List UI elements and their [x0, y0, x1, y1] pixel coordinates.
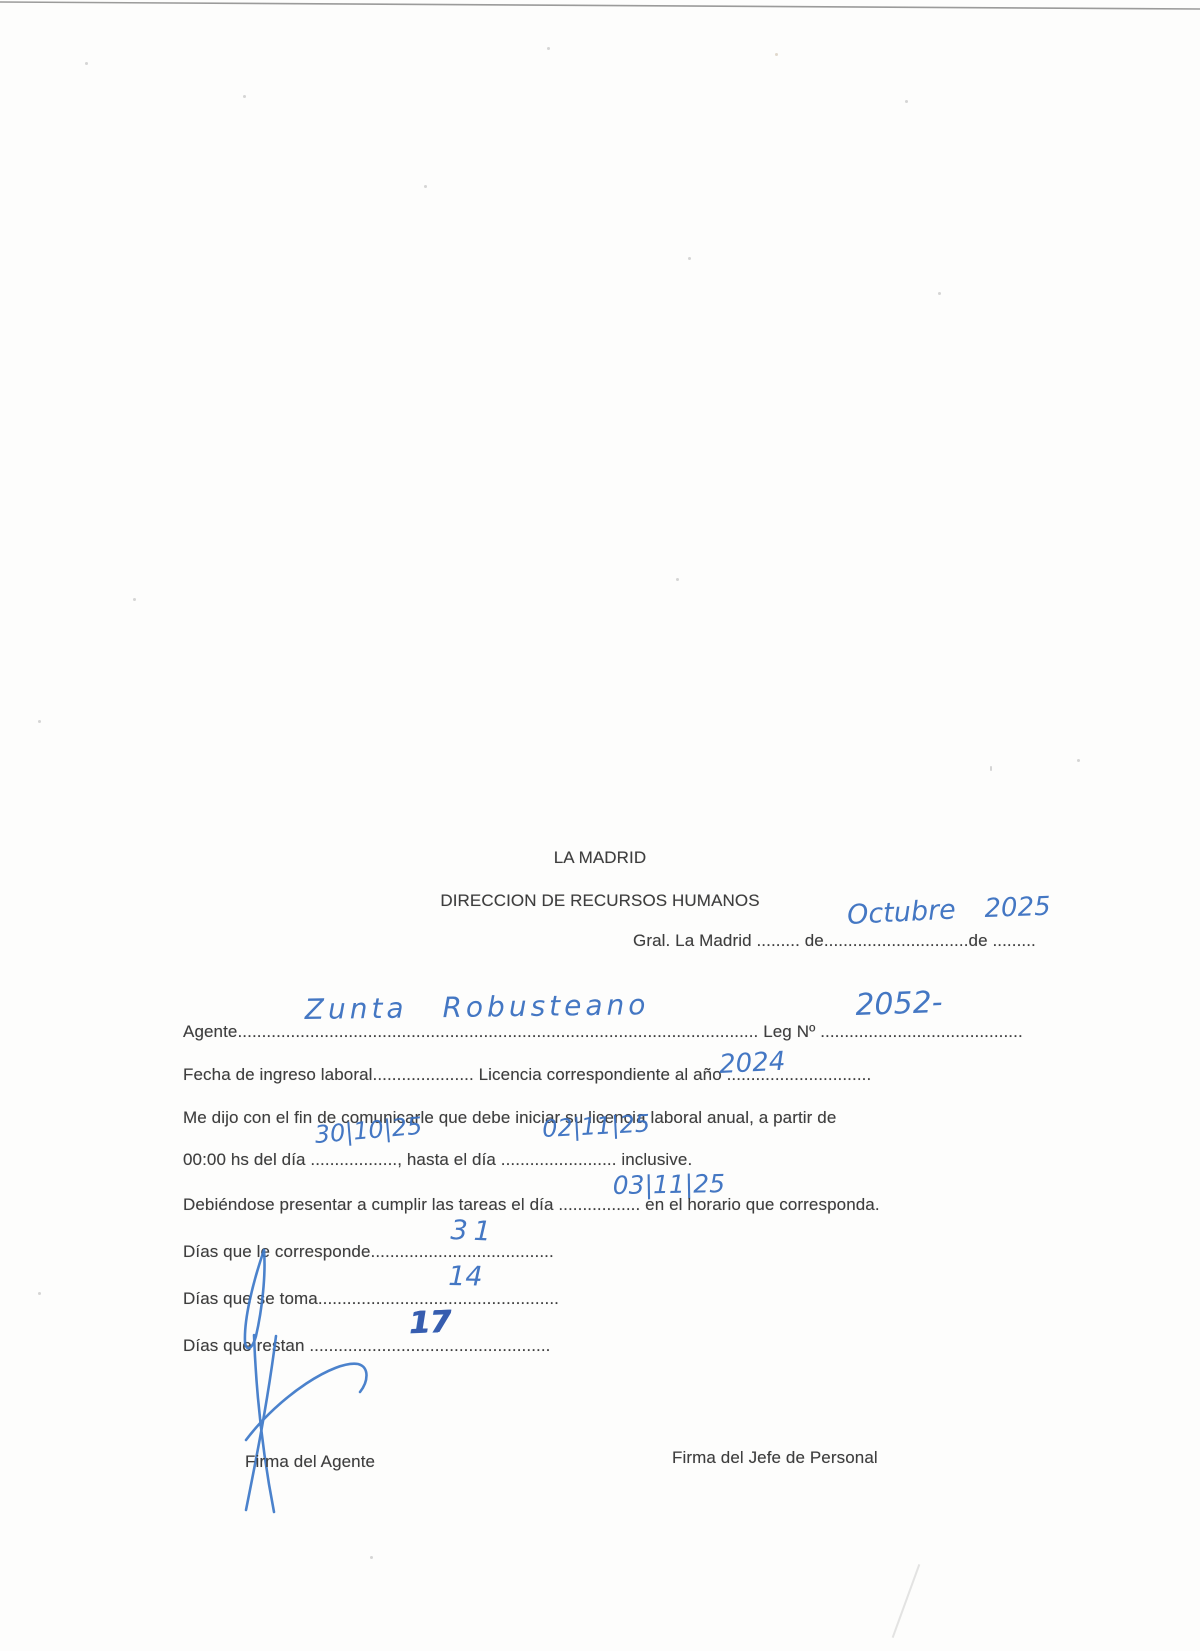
- firma-jefe-label: Firma del Jefe de Personal: [672, 1448, 878, 1468]
- scan-speck: [243, 95, 246, 98]
- handwritten-leg-number: 2052-: [855, 985, 943, 1023]
- scan-speck: [38, 1292, 41, 1295]
- scan-speck: [370, 1556, 373, 1559]
- scan-speck: [547, 47, 550, 50]
- scan-speck: [905, 100, 908, 103]
- scan-speck: [938, 292, 941, 295]
- body-line: Me dijo con el fin de comunicarle que de…: [183, 1108, 836, 1128]
- handwritten-year: 2025: [984, 892, 1051, 924]
- scan-crease: [892, 1564, 921, 1638]
- desde-hasta-line: 00:00 hs del día .................., has…: [183, 1150, 692, 1170]
- org-title: LA MADRID: [0, 848, 1200, 868]
- handwritten-licencia-year: 2024: [718, 1047, 786, 1080]
- scan-speck: [688, 257, 691, 260]
- scanned-document-page: LA MADRID DIRECCION DE RECURSOS HUMANOS …: [0, 0, 1200, 1651]
- scan-speck: [133, 598, 136, 601]
- handwritten-agent-name: Zunta Robusteano: [305, 988, 650, 1026]
- scan-speck: [85, 62, 88, 65]
- scan-speck: [990, 766, 992, 771]
- agent-signature-scribble: [230, 1240, 400, 1530]
- scan-speck: [775, 53, 778, 56]
- handwritten-dias-restan: 17: [409, 1305, 452, 1341]
- handwritten-month: Octubre: [846, 894, 956, 931]
- handwritten-dias-toma: 14: [448, 1261, 483, 1293]
- firma-agente-label: Firma del Agente: [245, 1452, 375, 1472]
- scan-speck: [676, 578, 679, 581]
- handwritten-dias-corresponde: 31: [450, 1215, 497, 1248]
- scan-speck: [38, 720, 41, 723]
- handwritten-fecha-hasta: 02|11|25: [542, 1109, 651, 1143]
- scan-speck: [424, 185, 427, 188]
- scan-speck: [1077, 759, 1080, 762]
- date-line: Gral. La Madrid ......... de............…: [633, 931, 1036, 951]
- presentar-line: Debiéndose presentar a cumplir las tarea…: [183, 1195, 880, 1215]
- paper-fold-line: [0, 0, 1200, 12]
